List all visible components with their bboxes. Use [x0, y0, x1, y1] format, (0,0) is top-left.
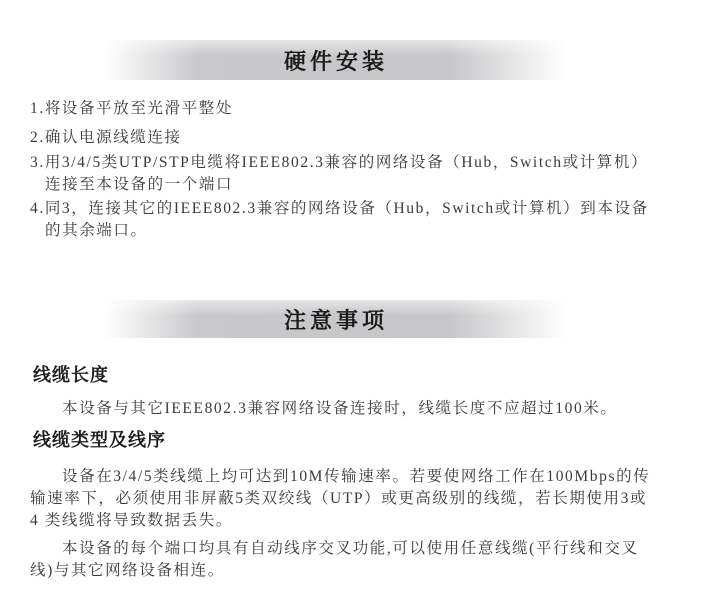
- text-line: 1.将设备平放至光滑平整处: [0, 98, 710, 120]
- subsection-heading-cable-length: 线缆长度: [33, 365, 710, 385]
- subsection-heading-cable-type: 线缆类型及线序: [33, 430, 710, 450]
- text-line: 连接至本设备的一个端口: [0, 174, 710, 196]
- text-line: 的其余端口。: [0, 220, 710, 242]
- install-steps-list: 1.将设备平放至光滑平整处 2.确认电源线缆连接 3.用3/4/5类UTP/ST…: [0, 98, 710, 242]
- section-banner-notes: 注意事项: [105, 300, 567, 338]
- notes-section: 线缆长度 本设备与其它IEEE802.3兼容网络设备连接时，线缆长度不应超过10…: [0, 365, 710, 582]
- section-title: 注意事项: [284, 304, 388, 335]
- list-item: 4.同3，连接其它的IEEE802.3兼容的网络设备（Hub，Switch或计算…: [0, 198, 710, 242]
- text-line: 本设备与其它IEEE802.3兼容网络设备连接时，线缆长度不应超过100米。: [0, 398, 710, 420]
- paragraph: 本设备与其它IEEE802.3兼容网络设备连接时，线缆长度不应超过100米。: [0, 398, 710, 420]
- text-line: 本设备的每个端口均具有自动线序交叉功能,可以使用任意线缆(平行线和交叉: [0, 538, 710, 560]
- text-line: 3.用3/4/5类UTP/STP电缆将IEEE802.3兼容的网络设备（Hub，…: [0, 152, 710, 174]
- paragraph: 设备在3/4/5类线缆上均可达到10M传输速率。若要使网络工作在100Mbps的…: [0, 466, 710, 532]
- text-line: 线)与其它网络设备相连。: [0, 560, 710, 582]
- text-line: 设备在3/4/5类线缆上均可达到10M传输速率。若要使网络工作在100Mbps的…: [0, 466, 710, 488]
- text-line: 4.同3，连接其它的IEEE802.3兼容的网络设备（Hub，Switch或计算…: [0, 198, 710, 220]
- text-line: 输速率下，必须使用非屏蔽5类双绞线（UTP）或更高级别的线缆，若长期使用3或: [0, 488, 710, 510]
- list-item: 1.将设备平放至光滑平整处: [0, 98, 710, 120]
- section-title: 硬件安装: [284, 45, 388, 76]
- section-banner-hardware-install: 硬件安装: [105, 40, 567, 80]
- paragraph: 本设备的每个端口均具有自动线序交叉功能,可以使用任意线缆(平行线和交叉 线)与其…: [0, 538, 710, 582]
- list-item: 3.用3/4/5类UTP/STP电缆将IEEE802.3兼容的网络设备（Hub，…: [0, 152, 710, 196]
- list-item: 2.确认电源线缆连接: [0, 127, 710, 149]
- text-line: 2.确认电源线缆连接: [0, 127, 710, 149]
- text-line: 4 类线缆将导致数据丢失。: [0, 510, 710, 532]
